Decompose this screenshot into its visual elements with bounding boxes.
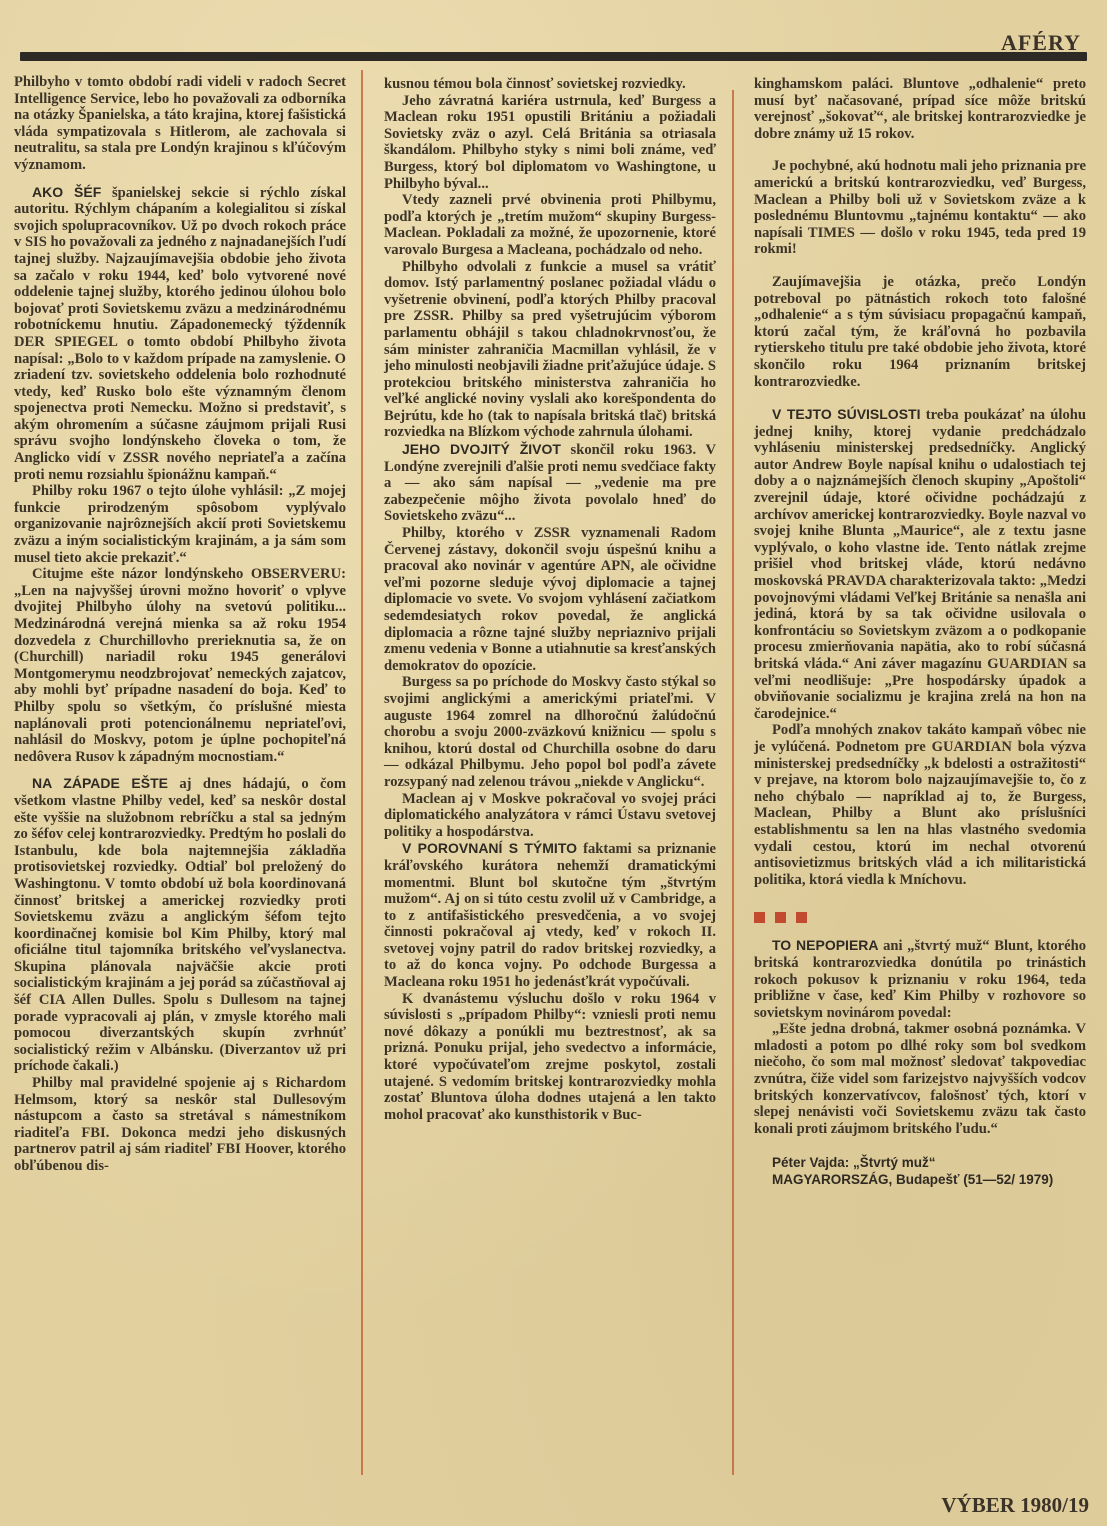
column-1: Philbyho v tomto období radi videli v ra…: [14, 74, 346, 1175]
paragraph: Zaujímavejšia je otázka, prečo Londýn po…: [754, 274, 1086, 390]
column-3: kinghamskom paláci. Bluntove „odhalenie“…: [754, 76, 1086, 1189]
paragraph: JEHO DVOJITÝ ŽIVOT skončil roku 1963. V …: [384, 441, 716, 525]
paragraph: Vtedy zazneli prvé obvinenia proti Philb…: [384, 192, 716, 258]
paragraph: V TEJTO SÚVISLOSTI treba poukázať na úlo…: [754, 406, 1086, 722]
subheading: V TEJTO SÚVISLOSTI: [772, 406, 920, 422]
issue-label: VÝBER 1980/19: [941, 1493, 1089, 1518]
paragraph: kusnou témou bola činnosť sovietskej roz…: [384, 76, 716, 93]
header-rule: [20, 52, 1087, 61]
paragraph: Citujme ešte názor londýnskeho OBSERVERU…: [14, 566, 346, 765]
square-icon: [796, 912, 807, 923]
paragraph: Maclean aj v Moskve pokračoval vo svojej…: [384, 791, 716, 841]
paragraph: Podľa mnohých znakov takáto kampaň vôbec…: [754, 722, 1086, 888]
subheading: AKO ŠÉF: [32, 184, 101, 200]
subheading: JEHO DVOJITÝ ŽIVOT: [402, 441, 561, 457]
section-break-squares: [754, 912, 1086, 923]
paragraph: kinghamskom paláci. Bluntove „odhalenie“…: [754, 76, 1086, 142]
citation-author: Péter Vajda: „Štvrtý muž“: [772, 1155, 1086, 1172]
paragraph: Philbyho odvolali z funkcie a musel sa v…: [384, 259, 716, 442]
paragraph: Philby mal pravidelné spojenie aj s Rich…: [14, 1075, 346, 1175]
subheading: NA ZÁPADE EŠTE: [32, 775, 168, 791]
citation-source: MAGYARORSZÁG, Budapešť (51—52/ 1979): [772, 1172, 1086, 1189]
paragraph: Philby roku 1967 o tejto úlohe vyhlásil:…: [14, 483, 346, 566]
paragraph: Je pochybné, akú hodnotu mali jeho prizn…: [754, 158, 1086, 258]
square-icon: [754, 912, 765, 923]
subheading: TO NEPOPIERA: [772, 937, 879, 953]
paragraph: NA ZÁPADE EŠTE aj dnes hádajú, o čom vše…: [14, 775, 346, 1075]
paragraph: Burgess sa po príchode do Moskvy často s…: [384, 674, 716, 790]
paragraph: Philby, ktorého v ZSSR vyznamenali Radom…: [384, 525, 716, 674]
square-icon: [775, 912, 786, 923]
paragraph: Philbyho v tomto období radi videli v ra…: [14, 74, 346, 174]
paragraph: K dvanástemu výsluchu došlo v roku 1964 …: [384, 991, 716, 1124]
source-citation: Péter Vajda: „Štvrtý muž“ MAGYARORSZÁG, …: [754, 1155, 1086, 1188]
paragraph: Jeho závratná kariéra ustrnula, keď Burg…: [384, 93, 716, 193]
paragraph: TO NEPOPIERA ani „štvrtý muž“ Blunt, kto…: [754, 937, 1086, 1021]
column-2: kusnou témou bola činnosť sovietskej roz…: [384, 76, 716, 1123]
paragraph: AKO ŠÉF španielskej sekcie si rýchlo zís…: [14, 184, 346, 484]
article-body: Philbyho v tomto období radi videli v ra…: [0, 70, 1107, 1480]
quote: „Ešte jedna drobná, takmer osobná poznám…: [754, 1021, 1086, 1137]
subheading: V POROVNANÍ S TÝMITO: [402, 840, 577, 856]
paragraph: V POROVNANÍ S TÝMITO faktami sa priznani…: [384, 840, 716, 990]
